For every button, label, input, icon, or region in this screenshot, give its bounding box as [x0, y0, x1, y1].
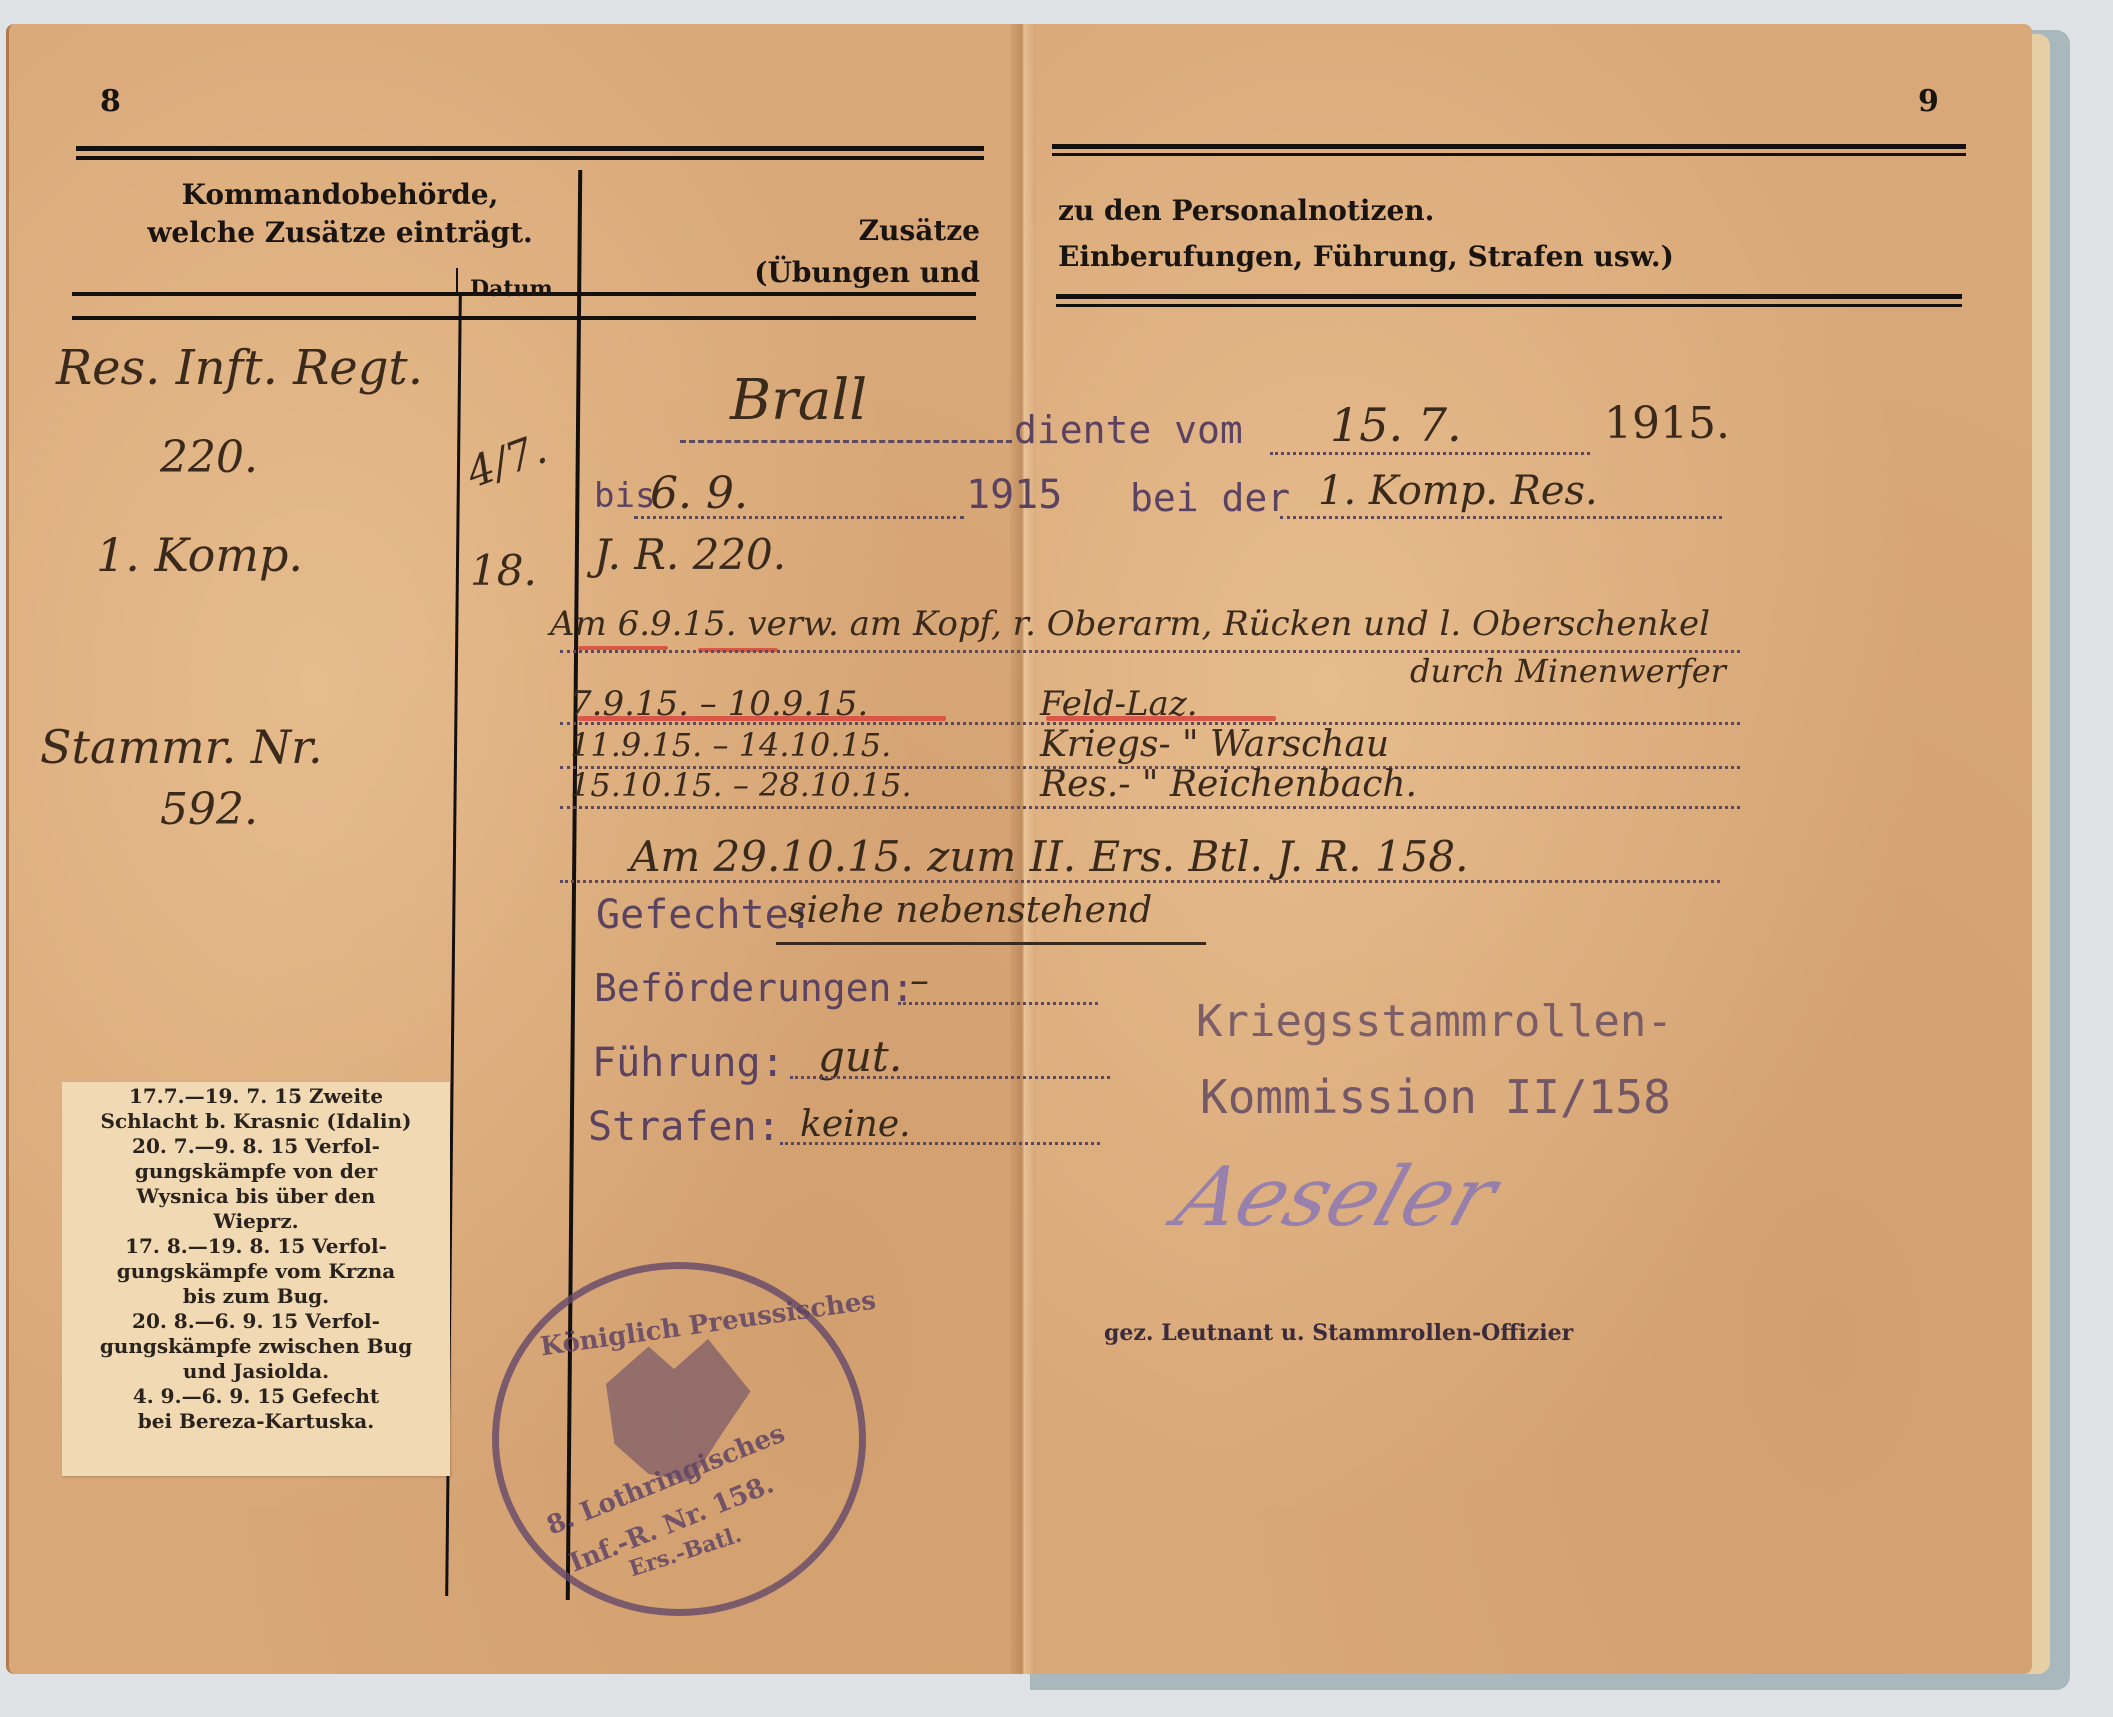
- regimental-seal: Königlich Preussisches 8. Lothringisches…: [492, 1262, 866, 1616]
- gefechte-label: Gefechte:: [596, 892, 813, 938]
- table-top-rule: [72, 316, 976, 320]
- befoerderungen-label: Beförderungen:: [594, 966, 914, 1010]
- hospital-place-3: Res.- " Reichenbach.: [1040, 764, 1417, 805]
- from-date: 15. 7.: [1330, 398, 1462, 452]
- soldier-name: Brall: [730, 368, 867, 433]
- gefechte-value: siehe nebenstehend: [788, 890, 1152, 931]
- fuehrung-value: gut.: [818, 1032, 902, 1081]
- clipping-line: Wysnica bis über den: [62, 1184, 450, 1209]
- clipping-line: bis zum Bug.: [62, 1284, 450, 1309]
- name-line: [680, 440, 1012, 443]
- clipping-line: 17. 8.—19. 8. 15 Verfol-: [62, 1234, 450, 1259]
- entry-date-2: 18.: [470, 546, 537, 595]
- from-date-line: [1270, 452, 1590, 455]
- header-line: Zusätze: [720, 210, 980, 252]
- unit-name: Res. Inft. Regt.: [56, 340, 423, 396]
- red-underline: [1046, 716, 1276, 721]
- fuehrung-line: [790, 1076, 1110, 1079]
- strafen-line: [780, 1142, 1100, 1145]
- clipping-line: 17.7.—19. 7. 15 Zweite: [62, 1084, 450, 1109]
- clipping-line: 20. 7.—9. 8. 15 Verfol-: [62, 1134, 450, 1159]
- hospital-period-3: 15.10.15. – 28.10.15.: [570, 766, 912, 804]
- until-date: 6. 9.: [650, 468, 748, 519]
- header-rule-top-right-2: [1052, 153, 1966, 156]
- hospital-line-3: [560, 806, 1740, 809]
- unit-number: 220.: [160, 432, 258, 483]
- wound-entry: Am 6.9.15. verw. am Kopf, r. Oberarm, Rü…: [550, 604, 1710, 644]
- header-line: (Übungen und: [720, 252, 980, 294]
- wound-cause: durch Minenwerfer: [1410, 652, 1726, 690]
- officer-signature: Aeseler: [1165, 1150, 1508, 1245]
- clipping-line: Schlacht b. Krasnic (Idalin): [62, 1109, 450, 1134]
- header-zusaetze: Zusätze (Übungen und: [720, 210, 980, 294]
- served-label: diente vom: [1014, 408, 1243, 452]
- company: 1. Komp. Res.: [1318, 468, 1598, 514]
- transfer-line: [560, 880, 1720, 883]
- befoerderungen-value: –: [910, 958, 929, 1002]
- befoerderungen-line: [898, 1002, 1098, 1005]
- clipping-line: bei Bereza-Kartuska.: [62, 1409, 450, 1434]
- officer-title: gez. Leutnant u. Stammrollen-Offizier: [1104, 1320, 1573, 1346]
- header-line: Einberufungen, Führung, Strafen usw.): [1058, 234, 1674, 280]
- clipping-line: 20. 8.—6. 9. 15 Verfol-: [62, 1309, 450, 1334]
- regiment: J. R. 220.: [594, 530, 786, 579]
- strafen-label: Strafen:: [588, 1104, 781, 1150]
- battle-clipping: 17.7.—19. 7. 15 Zweite Schlacht b. Krasn…: [62, 1082, 450, 1476]
- header-rule-bottom-right-2: [1056, 304, 1962, 307]
- until-date-line: [634, 516, 964, 519]
- at-label: bei der: [1130, 476, 1290, 520]
- header-line: zu den Personalnotizen.: [1058, 188, 1674, 234]
- fuehrung-label: Führung:: [592, 1040, 785, 1086]
- transfer-entry: Am 29.10.15. zum II. Ers. Btl. J. R. 158…: [630, 832, 1468, 881]
- header-rule-top: [76, 146, 984, 151]
- clipping-line: gungskämpfe von der: [62, 1159, 450, 1184]
- header-personalnotizen: zu den Personalnotizen. Einberufungen, F…: [1058, 188, 1674, 280]
- unit-company: 1. Komp.: [96, 528, 303, 582]
- commission-stamp-line1: Kriegsstammrollen-: [1196, 996, 1673, 1047]
- clipping-line: 4. 9.—6. 9. 15 Gefecht: [62, 1384, 450, 1409]
- until-year: 1915: [966, 472, 1062, 518]
- header-rule-top-2: [76, 156, 984, 160]
- header-rule-top-right: [1052, 144, 1966, 149]
- from-year: 1915.: [1604, 398, 1730, 449]
- page-number-left: 8: [100, 84, 121, 119]
- stammrolle-label: Stammr. Nr.: [40, 720, 323, 774]
- hospital-place-2: Kriegs- " Warschau: [1040, 724, 1389, 765]
- clipping-line: Wieprz.: [62, 1209, 450, 1234]
- strafen-value: keine.: [800, 1104, 911, 1145]
- header-rule-bottom-right: [1056, 294, 1962, 299]
- header-line: welche Zusätze einträgt.: [140, 214, 540, 252]
- gefechte-underline: [776, 942, 1206, 945]
- page-number-right: 9: [1918, 84, 1939, 119]
- header-line: Kommandobehörde,: [140, 176, 540, 214]
- datum-header-divider: [456, 268, 458, 296]
- commission-stamp-line2: Kommission II/158: [1200, 1070, 1671, 1124]
- clipping-line: und Jasiolda.: [62, 1359, 450, 1384]
- until-label: bis: [594, 476, 655, 516]
- header-kommandobehoerde: Kommandobehörde, welche Zusätze einträgt…: [140, 176, 540, 252]
- clipping-line: gungskämpfe zwischen Bug: [62, 1334, 450, 1359]
- stammrolle-number: 592.: [160, 784, 258, 835]
- header-datum: Datum: [470, 276, 553, 302]
- hospital-period-2: 11.9.15. – 14.10.15.: [570, 726, 891, 764]
- red-underline: [578, 716, 946, 721]
- clipping-line: gungskämpfe vom Krzna: [62, 1259, 450, 1284]
- company-line: [1280, 516, 1722, 519]
